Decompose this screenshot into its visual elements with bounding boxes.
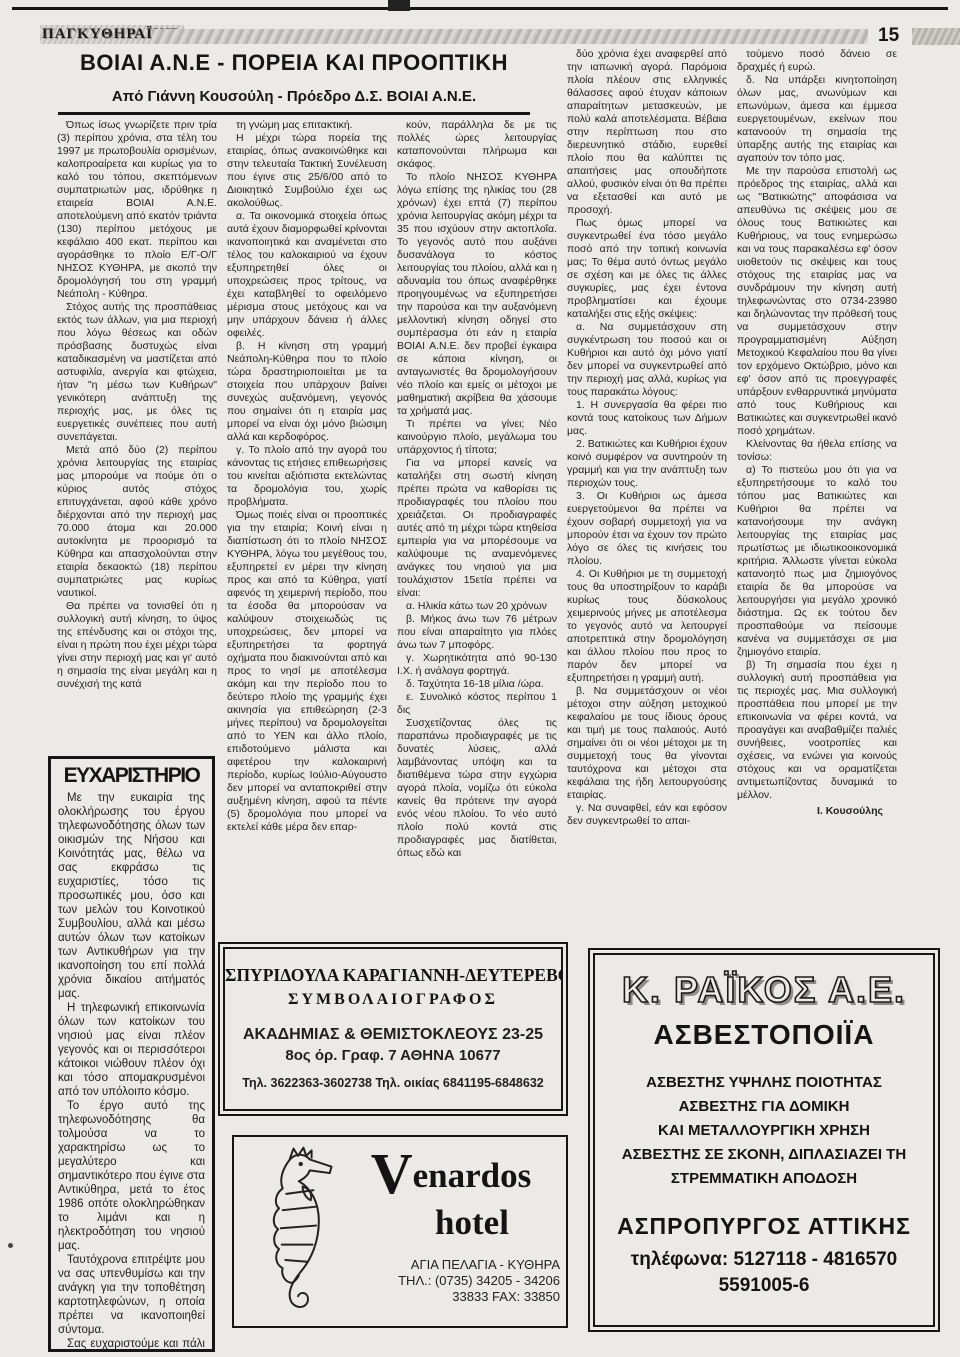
paragraph: Συσχετίζοντας όλες τις παραπάνω προδιαγρ… — [397, 717, 557, 860]
hotel-advertisement: Venardos hotel ΑΓΙΑ ΠΕΛΑΓΙΑ - ΚΥΘΗΡΑ ΤΗΛ… — [232, 1135, 568, 1328]
hotel-name-initial: V — [371, 1141, 413, 1206]
spec-item: β. Μήκος άνω των 76 μέτρων που είναι απα… — [397, 613, 557, 652]
article-column-5: τούμενο ποσό δάνειο σε δραχμές ή ευρώ. δ… — [737, 48, 897, 934]
paragraph: κούν, παράλληλα δε με τις πολλές ώρες λε… — [397, 119, 557, 171]
paragraph: Όπως ίσως γνωρίζετε πριν τρία (3) περίπο… — [57, 119, 217, 301]
notary-phones: Τηλ. 3622363-3602738 Τηλ. οικίας 6841195… — [225, 1076, 561, 1090]
page-number: 15 — [878, 25, 899, 47]
article-column-4: δύο χρόνια έχει αναφερθεί από την ιαπωνι… — [567, 48, 727, 940]
phones-label: τηλέφωνα: — [631, 1249, 728, 1270]
lime-business-type: ΑΣΒΕΣΤΟΠΟΙΪΑ — [595, 1019, 933, 1051]
hotel-phone: ΤΗΛ.: (0735) 34205 - 34206 — [330, 1273, 560, 1289]
paragraph: α. Τα οικονομικά στοιχεία όπως αυτά έχου… — [227, 210, 387, 340]
paragraph: Η μέχρι τώρα πορεία της εταιρίας, όπως α… — [227, 132, 387, 210]
top-rule — [12, 7, 948, 10]
phones-numbers: 5127118 - 4816570 — [733, 1249, 897, 1270]
lime-product-lines: ΑΣΒΕΣΤΗΣ ΥΨΗΛΗΣ ΠΟΙΟΤΗΤΑΣ ΑΣΒΕΣΤΗΣ ΓΙΑ Δ… — [595, 1071, 933, 1191]
headline-rule — [58, 112, 530, 115]
list-item: 3. Οι Κυθήριοι ως άμεσα ευεργετούμενοι θ… — [567, 490, 727, 568]
paragraph: τούμενο ποσό δάνειο σε δραχμές ή ευρώ. — [737, 48, 897, 74]
paragraph: Ταυτόχρονα επιτρέψτε μου να σας υπενθυμί… — [58, 1253, 205, 1337]
lime-company-advertisement: Κ. ΡΑΪΚΟΣ Α.Ε. ΑΣΒΕΣΤΟΠΟΙΪΑ ΑΣΒΕΣΤΗΣ ΥΨΗ… — [588, 948, 940, 1332]
spec-item: α. Ηλικία κάτω των 20 χρόνων — [397, 600, 557, 613]
product-line: ΣΤΡΕΜΜΑΤΙΚΗ ΑΠΟΔΟΣΗ — [595, 1167, 933, 1191]
spec-item: δ. Ταχύτητα 16-18 μίλια /ώρα. — [397, 678, 557, 691]
paragraph: δύο χρόνια έχει αναφερθεί από την ιαπωνι… — [567, 48, 727, 217]
masthead-decorative-band — [152, 29, 868, 44]
hotel-name-rest: enardos — [413, 1156, 532, 1195]
hotel-location: ΑΓΙΑ ΠΕΛΑΓΙΑ - ΚΥΘΗΡΑ — [330, 1257, 560, 1273]
seahorse-icon — [246, 1145, 341, 1317]
product-line: ΑΣΒΕΣΤΗΣ ΥΨΗΛΗΣ ΠΟΙΟΤΗΤΑΣ — [595, 1071, 933, 1095]
paragraph: Μετά από δύο (2) περίπου χρόνια λειτουργ… — [57, 444, 217, 600]
hotel-name-word2: hotel — [384, 1203, 560, 1243]
paragraph: β. Να συμμετάσχουν οι νέοι μέτοχοι στην … — [567, 685, 727, 802]
list-item: 1. Η συνεργασία θα φέρει πιο κοντά τους … — [567, 399, 727, 438]
paragraph: Στόχος αυτής της προσπάθειας εκτός των ά… — [57, 301, 217, 444]
paragraph: Το έργο αυτό της τηλεφωνοδότησης θα τολμ… — [58, 1099, 205, 1253]
spec-item: γ. Χωρητικότητα από 90-130 Ι.Χ. ή ανάλογ… — [397, 652, 557, 678]
list-item: 4. Οι Κυθήριοι με τη συμμετοχή τους θα υ… — [567, 568, 727, 685]
paragraph: β) Τη σημασία που έχει η συλλογική αυτή … — [737, 659, 897, 802]
list-item: 2. Βατικιώτες και Κυθήριοι έχουν κοινό σ… — [567, 438, 727, 490]
product-line: ΑΣΒΕΣΤΗΣ ΓΙΑ ΔΟΜΙΚΗ — [595, 1095, 933, 1119]
notary-address-line2: 8ος όρ. Γραφ. 7 ΑΘΗΝΑ 10677 — [225, 1047, 561, 1064]
article-column-2: τη γνώμη μας επιτακτική. Η μέχρι τώρα πο… — [227, 119, 387, 937]
hotel-name: Venardos — [342, 1145, 560, 1203]
lime-company-city: ΑΣΠΡΟΠΥΡΓΟΣ ΑΤΤΙΚΗΣ — [595, 1213, 933, 1240]
notary-address-line1: ΑΚΑΔΗΜΙΑΣ & ΘΕΜΙΣΤΟΚΛΕΟΥΣ 23-25 — [225, 1026, 561, 1044]
paragraph: Όμως ποιές είναι οι προοπτικές για την ε… — [227, 509, 387, 834]
thanks-letter-title: ΕΥΧΑΡΙΣΤΗΡΙΟ — [58, 764, 205, 788]
paragraph: Θα πρέπει να τονισθεί ότι η συλλογική αυ… — [57, 600, 217, 691]
notary-profession: ΣΥΜΒΟΛΑΙΟΓΡΑΦΟΣ — [225, 991, 561, 1009]
hotel-fax: 33833 FAX: 33850 — [330, 1289, 560, 1305]
product-line: ΑΣΒΕΣΤΗΣ ΣΕ ΣΚΟΝΗ, ΔΙΠΛΑΣΙΑΖΕΙ ΤΗ — [595, 1143, 933, 1167]
spec-item: ε. Συνολικό κόστος περίπου 1 δις — [397, 691, 557, 717]
margin-dot-artifact — [8, 1243, 13, 1248]
paragraph: Κλείνοντας θα ήθελα επίσης να τονίσω: — [737, 438, 897, 464]
paragraph: γ. Να συναφθεί, εάν και εφόσον δεν συγκε… — [567, 802, 727, 828]
paragraph: Με την παρούσα επιστολή ως πρόεδρος της … — [737, 165, 897, 438]
thanks-letter-box: ΕΥΧΑΡΙΣΤΗΡΙΟ Με την ευκαιρία της ολοκλήρ… — [48, 756, 215, 1352]
article-title: ΒΟΙΑΙ Α.Ν.Ε - ΠΟΡΕΙΑ ΚΑΙ ΠΡΟΟΠΤΙΚΗ — [52, 50, 536, 76]
notary-ad-inner-frame: ΣΠΥΡΙΔΟΥΛΑ ΚΑΡΑΓΙΑΝΝΗ-ΔΕΥΤΕΡΕΒΟΥ ΣΥΜΒΟΛΑ… — [223, 947, 563, 1111]
paragraph: α) Το πιστεύω μου ότι για να εξυπηρετήσο… — [737, 464, 897, 659]
paragraph: Το πλοίο ΝΗΣΟΣ ΚΥΘΗΡΑ λόγω επίσης της ηλ… — [397, 171, 557, 418]
lime-company-name: Κ. ΡΑΪΚΟΣ Α.Ε. — [595, 969, 933, 1011]
article-byline: Από Γιάννη Κουσούλη - Πρόεδρο Δ.Σ. ΒΟΙΑΙ… — [52, 88, 536, 105]
article-column-1: Όπως ίσως γνωρίζετε πριν τρία (3) περίπο… — [57, 119, 217, 753]
lime-ad-inner-frame: Κ. ΡΑΪΚΟΣ Α.Ε. ΑΣΒΕΣΤΟΠΟΙΪΑ ΑΣΒΕΣΤΗΣ ΥΨΗ… — [593, 953, 935, 1327]
paragraph: τη γνώμη μας επιτακτική. — [227, 119, 387, 132]
paragraph: β. Η κίνηση στη γραμμή Νεάπολη-Κύθηρα πο… — [227, 340, 387, 444]
paragraph: Σας ευχαριστούμε και πάλι θερμά. — [58, 1337, 205, 1352]
article-signature: Ι. Κουσούλης — [737, 805, 897, 818]
newspaper-page: ΠΑΓΚΥΘΗΡΑΪΚΗ 15 ΒΟΙΑΙ Α.Ν.Ε - ΠΟΡΕΙΑ ΚΑΙ… — [0, 0, 960, 1357]
paragraph: Η τηλεφωνική επικοινωνία όλων των κατοίκ… — [58, 1001, 205, 1099]
lime-company-phone2: 5591005-6 — [595, 1275, 933, 1297]
article-column-3: κούν, παράλληλα δε με τις πολλές ώρες λε… — [397, 119, 557, 937]
page-number-shade-block — [912, 28, 960, 45]
paragraph: Για να μπορεί κανείς να καταλήξει στη σω… — [397, 457, 557, 600]
paragraph: Τι πρέπει να γίνει; Νέο καινούργιο πλοίο… — [397, 418, 557, 457]
product-line: ΚΑΙ ΜΕΤΑΛΛΟΥΡΓΙΚΗ ΧΡΗΣΗ — [595, 1119, 933, 1143]
scan-artifact-mark — [388, 0, 410, 11]
notary-name: ΣΠΥΡΙΔΟΥΛΑ ΚΑΡΑΓΙΑΝΝΗ-ΔΕΥΤΕΡΕΒΟΥ — [225, 965, 561, 986]
paragraph: δ. Να υπάρξει κινητοποίηση όλων μας, ανω… — [737, 74, 897, 165]
notary-advertisement: ΣΠΥΡΙΔΟΥΛΑ ΚΑΡΑΓΙΑΝΝΗ-ΔΕΥΤΕΡΕΒΟΥ ΣΥΜΒΟΛΑ… — [218, 942, 568, 1116]
hotel-contact-block: ΑΓΙΑ ΠΕΛΑΓΙΑ - ΚΥΘΗΡΑ ΤΗΛ.: (0735) 34205… — [330, 1257, 560, 1305]
lime-company-phones: τηλέφωνα: 5127118 - 4816570 — [595, 1249, 933, 1271]
paragraph: Πως όμως μπορεί να συγκεντρωθεί ένα τόσο… — [567, 217, 727, 321]
paragraph: γ. Το πλοίο από την αγορά του κάνοντας τ… — [227, 444, 387, 509]
paragraph: Με την ευκαιρία της ολοκλήρωσης του έργο… — [58, 791, 205, 1001]
paragraph: α. Να συμμετάσχουν στη συγκέντρωση του π… — [567, 321, 727, 399]
